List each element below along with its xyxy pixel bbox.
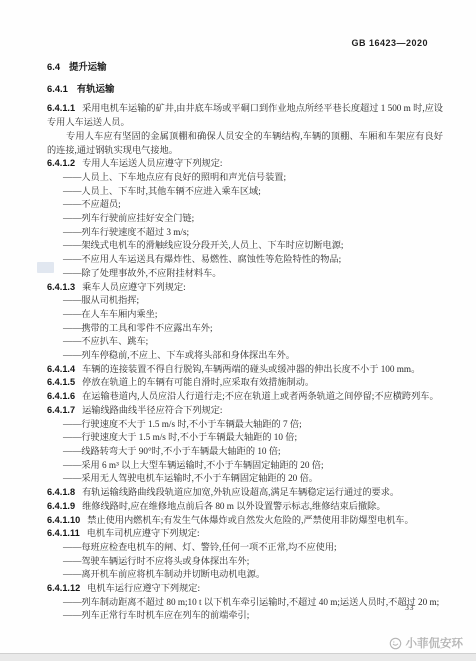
dash-list-item: ——在人车车厢内乘坐; — [47, 308, 443, 322]
dash-list-item: ——不应用人车运送具有爆炸性、易燃性、腐蚀性等危险特性的物品; — [47, 253, 443, 267]
watermark-text: 小菲侃安环 — [406, 635, 464, 651]
clause-number: 6.4.1.4 — [47, 364, 75, 374]
dash-list-item: ——携带的工具和零件不应露出车外; — [47, 322, 443, 336]
clause-paragraph: 6.4.1.11电机车司机应遵守下列规定: — [47, 527, 443, 541]
clause-number: 6.4.1.8 — [47, 487, 75, 497]
clause-paragraph: 6.4.1.8有轨运输线路曲线段轨道应加宽,外轨应设超高,满足车辆稳定运行通过的… — [47, 486, 443, 500]
clause-number: 6.4.1.11 — [47, 528, 80, 538]
dash-list-item: ——采用无人驾驶电机车运输时,不小于车辆固定轴距的 20 倍。 — [47, 472, 443, 486]
dash-list-item: ——驾驶车辆运行时不应将头或身体探出车外; — [47, 555, 443, 569]
watermark: 小菲侃安环 — [389, 635, 464, 651]
clause-number: 6.4.1.12 — [47, 583, 80, 593]
subsection-heading: 6.4.1有轨运输 — [47, 82, 443, 96]
dash-list-item: ——列车制动距离不超过 80 m;10 t 以下机车牵引运输时,不超过 40 m… — [47, 596, 443, 610]
clause-paragraph: 6.4.1.6在运输巷道内,人员应沿人行道行走;不应在轨道上或者两条轨道之间停留… — [47, 390, 443, 404]
document-body: 6.4提升运输6.4.1有轨运输6.4.1.1采用电机车运输的矿井,由井底车场或… — [47, 60, 443, 623]
dash-list-item: ——服从司机指挥; — [47, 294, 443, 308]
standard-number-header: GB 16423—2020 — [351, 38, 428, 48]
clause-number: 6.4.1.2 — [47, 158, 75, 168]
clause-number: 6.4 — [47, 61, 60, 72]
clause-paragraph: 6.4.1.12电机车运行应遵守下列规定: — [47, 582, 443, 596]
dash-list-item: ——列车行驶前应挂好安全门链; — [47, 212, 443, 226]
dash-list-item: ——人员上、下车时,其他车辆不应进入乘车区域; — [47, 185, 443, 199]
clause-number: 6.4.1.6 — [47, 391, 75, 401]
clause-paragraph: 6.4.1.3乘车人员应遵守下列规定: — [47, 281, 443, 295]
clause-number: 6.4.1.1 — [47, 103, 75, 113]
body-paragraph: 专用人车应有坚固的金属顶棚和确保人员安全的车辆结构,车辆的顶棚、车厢和车架应有良… — [47, 130, 443, 157]
dash-list-item: ——人员上、下车地点应有良好的照明和声光信号装置; — [47, 171, 443, 185]
dash-list-item: ——列车正常行车时机车应在列车的前端牵引; — [47, 609, 443, 623]
clause-number: 6.4.1.3 — [47, 282, 75, 292]
clause-paragraph: 6.4.1.10禁止使用内燃机车;有发生气体爆炸或自然发火危险的,严禁使用非防爆… — [47, 514, 443, 528]
dash-list-item: ——列车行驶速度不超过 3 m/s; — [47, 226, 443, 240]
dash-list-item: ——行驶速度大于 1.5 m/s 时,不小于车辆最大轴距的 10 倍; — [47, 431, 443, 445]
clause-number: 6.4.1.7 — [47, 405, 75, 415]
clause-number: 6.4.1.9 — [47, 501, 75, 511]
bottom-gray-bar — [0, 653, 476, 661]
dash-list-item: ——采用 6 m³ 以上大型车辆运输时,不小于车辆固定轴距的 20 倍; — [47, 459, 443, 473]
dash-list-item: ——线路转弯大于 90°时,不小于车辆最大轴距的 10 倍; — [47, 445, 443, 459]
dash-list-item: ——除了处理事故外,不应附挂材料车。 — [47, 267, 443, 281]
clause-paragraph: 6.4.1.7运输线路曲线半径应符合下列规定: — [47, 404, 443, 418]
clause-paragraph: 6.4.1.9维修线路时,应在维修地点前后各 80 m 以外设置警示标志,维修结… — [47, 500, 443, 514]
dash-list-item: ——架线式电机车的滑触线应设分段开关,人员上、下车时应切断电源; — [47, 239, 443, 253]
document-page: GB 16423—2020 6.4提升运输6.4.1有轨运输6.4.1.1采用电… — [0, 0, 476, 661]
clause-number: 6.4.1 — [47, 83, 68, 94]
clause-paragraph: 6.4.1.4车辆的连接装置不得自行脱钩,车辆两端的碰头或缓冲器的伸出长度不小于… — [47, 363, 443, 377]
clause-number: 6.4.1.5 — [47, 377, 75, 387]
dash-list-item: ——离开机车前应将机车制动并切断电动机电源。 — [47, 568, 443, 582]
dash-list-item: ——列车停稳前,不应上、下车或将头部和身体探出车外。 — [47, 349, 443, 363]
dash-list-item: ——不应扒车、跳车; — [47, 335, 443, 349]
clause-paragraph: 6.4.1.1采用电机车运输的矿井,由井底车场或平硐口到作业地点所经平巷长度超过… — [47, 102, 443, 129]
page-number: 33 — [405, 603, 414, 612]
clause-number: 6.4.1.10 — [47, 515, 80, 525]
clause-paragraph: 6.4.1.5停放在轨道上的车辆有可能自滑时,应采取有效措施制动。 — [47, 376, 443, 390]
section-heading: 6.4提升运输 — [47, 60, 443, 74]
clause-paragraph: 6.4.1.2专用人车运送人员应遵守下列规定: — [47, 157, 443, 171]
dash-list-item: ——不应超员; — [47, 198, 443, 212]
dash-list-item: ——行驶速度不大于 1.5 m/s 时,不小于车辆最大轴距的 7 倍; — [47, 418, 443, 432]
face-logo-icon — [389, 637, 402, 650]
dash-list-item: ——每班应检查电机车的闸、灯、警铃,任何一项不正常,均不应使用; — [47, 541, 443, 555]
